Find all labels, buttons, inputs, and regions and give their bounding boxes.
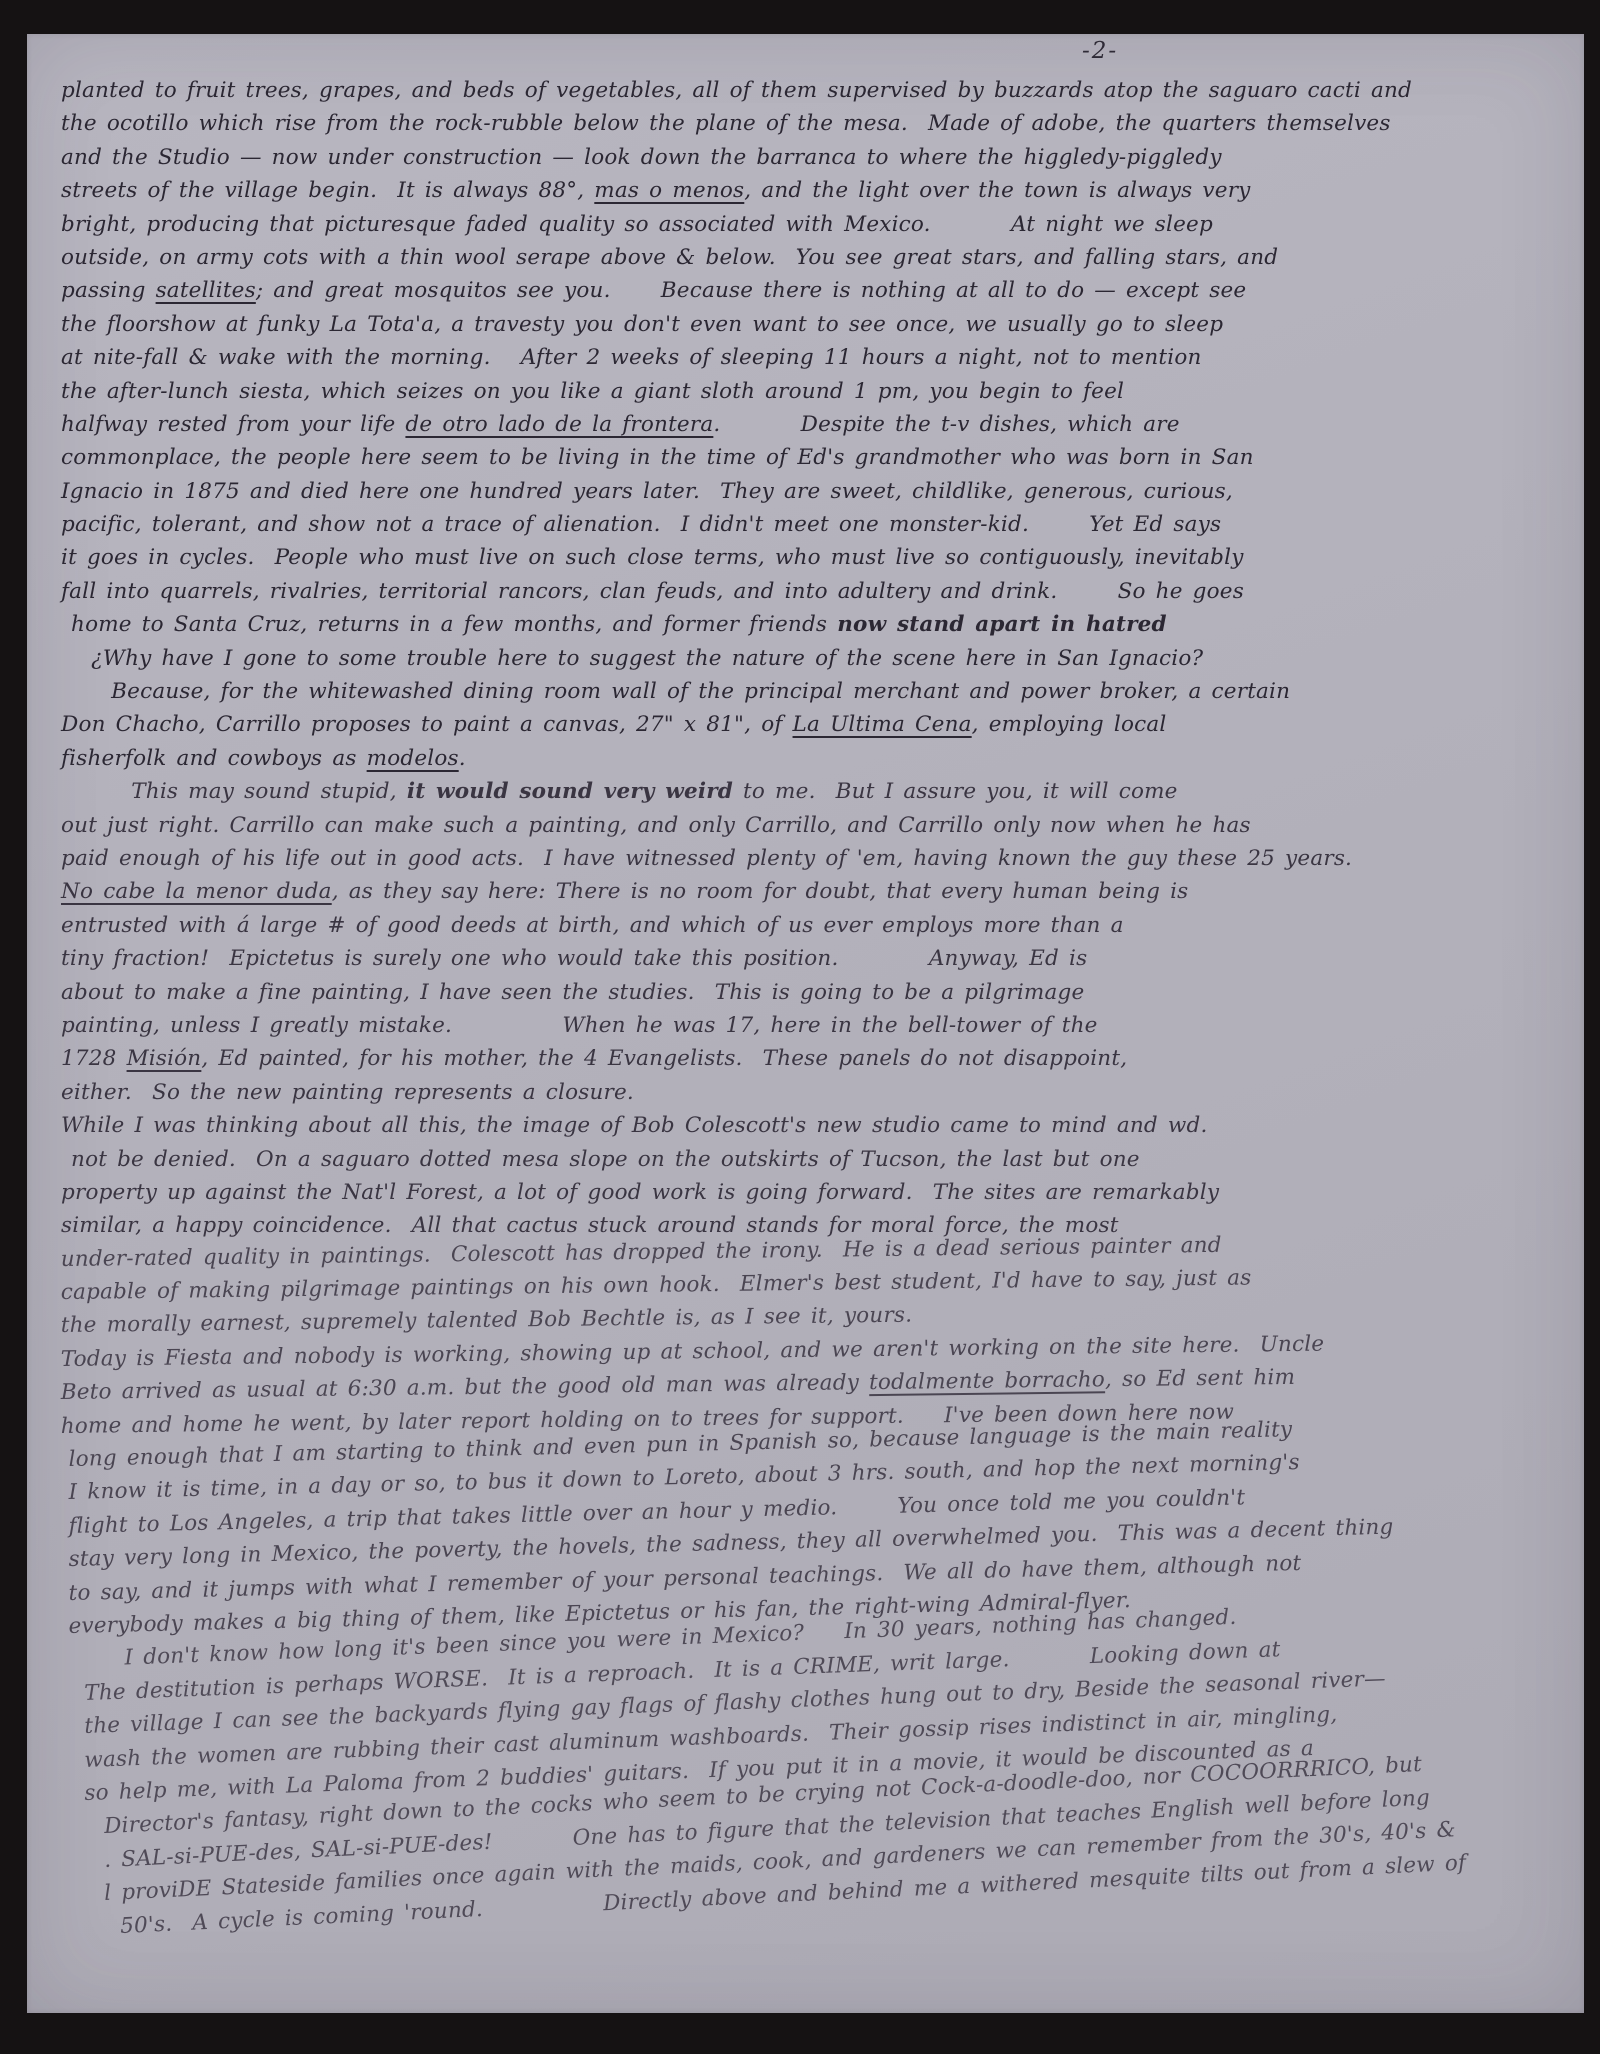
handwritten-line: and the Studio — now under construction …: [61, 141, 1564, 174]
scanned-letter: -2- planted to fruit trees, grapes, and …: [0, 0, 1600, 2054]
handwritten-line: the ocotillo which rise from the rock-ru…: [61, 107, 1564, 140]
handwritten-line: bright, producing that picturesque faded…: [61, 208, 1564, 241]
handwritten-line: entrusted with á large # of good deeds a…: [61, 909, 1564, 942]
handwritten-line: While I was thinking about all this, the…: [61, 1109, 1564, 1142]
handwritten-line: No cabe la menor duda, as they say here:…: [61, 875, 1564, 908]
handwritten-line: ¿Why have I gone to some trouble here to…: [61, 642, 1564, 675]
handwritten-line: fall into quarrels, rivalries, territori…: [61, 575, 1564, 608]
handwritten-line: painting, unless I greatly mistake. When…: [61, 1009, 1564, 1042]
handwritten-line: planted to fruit trees, grapes, and beds…: [61, 74, 1564, 107]
handwritten-line: either. So the new painting represents a…: [61, 1076, 1564, 1109]
page-number: -2-: [1082, 38, 1118, 64]
handwritten-line: fisherfolk and cowboys as modelos.: [61, 742, 1564, 775]
handwritten-line: Ignacio in 1875 and died here one hundre…: [61, 475, 1564, 508]
handwritten-line: Don Chacho, Carrillo proposes to paint a…: [61, 708, 1564, 741]
handwritten-line: the floorshow at funky La Tota'a, a trav…: [61, 308, 1564, 341]
handwritten-line: streets of the village begin. It is alwa…: [61, 174, 1564, 207]
handwritten-line: Because, for the whitewashed dining room…: [61, 675, 1564, 708]
handwritten-line: pacific, tolerant, and show not a trace …: [61, 508, 1564, 541]
handwritten-text-block: planted to fruit trees, grapes, and beds…: [61, 74, 1564, 1944]
handwritten-line: 1728 Misión, Ed painted, for his mother,…: [61, 1042, 1564, 1075]
handwritten-line: about to make a fine painting, I have se…: [61, 976, 1564, 1009]
handwritten-line: not be denied. On a saguaro dotted mesa …: [61, 1143, 1564, 1176]
handwritten-line: property up against the Nat'l Forest, a …: [61, 1176, 1564, 1209]
letter-page: -2- planted to fruit trees, grapes, and …: [27, 34, 1584, 2013]
handwritten-line: passing satellites; and great mosquitos …: [61, 274, 1564, 307]
handwritten-line: the after-lunch siesta, which seizes on …: [61, 375, 1564, 408]
handwritten-line: tiny fraction! Epictetus is surely one w…: [61, 942, 1564, 975]
handwritten-line: out just right. Carrillo can make such a…: [61, 809, 1564, 842]
handwritten-line: halfway rested from your life de otro la…: [61, 408, 1564, 441]
handwritten-line: outside, on army cots with a thin wool s…: [61, 241, 1564, 274]
handwritten-line: home to Santa Cruz, returns in a few mon…: [61, 608, 1564, 641]
handwritten-line: This may sound stupid, it would sound ve…: [61, 775, 1564, 808]
handwritten-line: at nite-fall & wake with the morning. Af…: [61, 341, 1564, 374]
handwritten-line: paid enough of his life out in good acts…: [61, 842, 1564, 875]
handwritten-line: it goes in cycles. People who must live …: [61, 541, 1564, 574]
handwritten-line: commonplace, the people here seem to be …: [61, 441, 1564, 474]
